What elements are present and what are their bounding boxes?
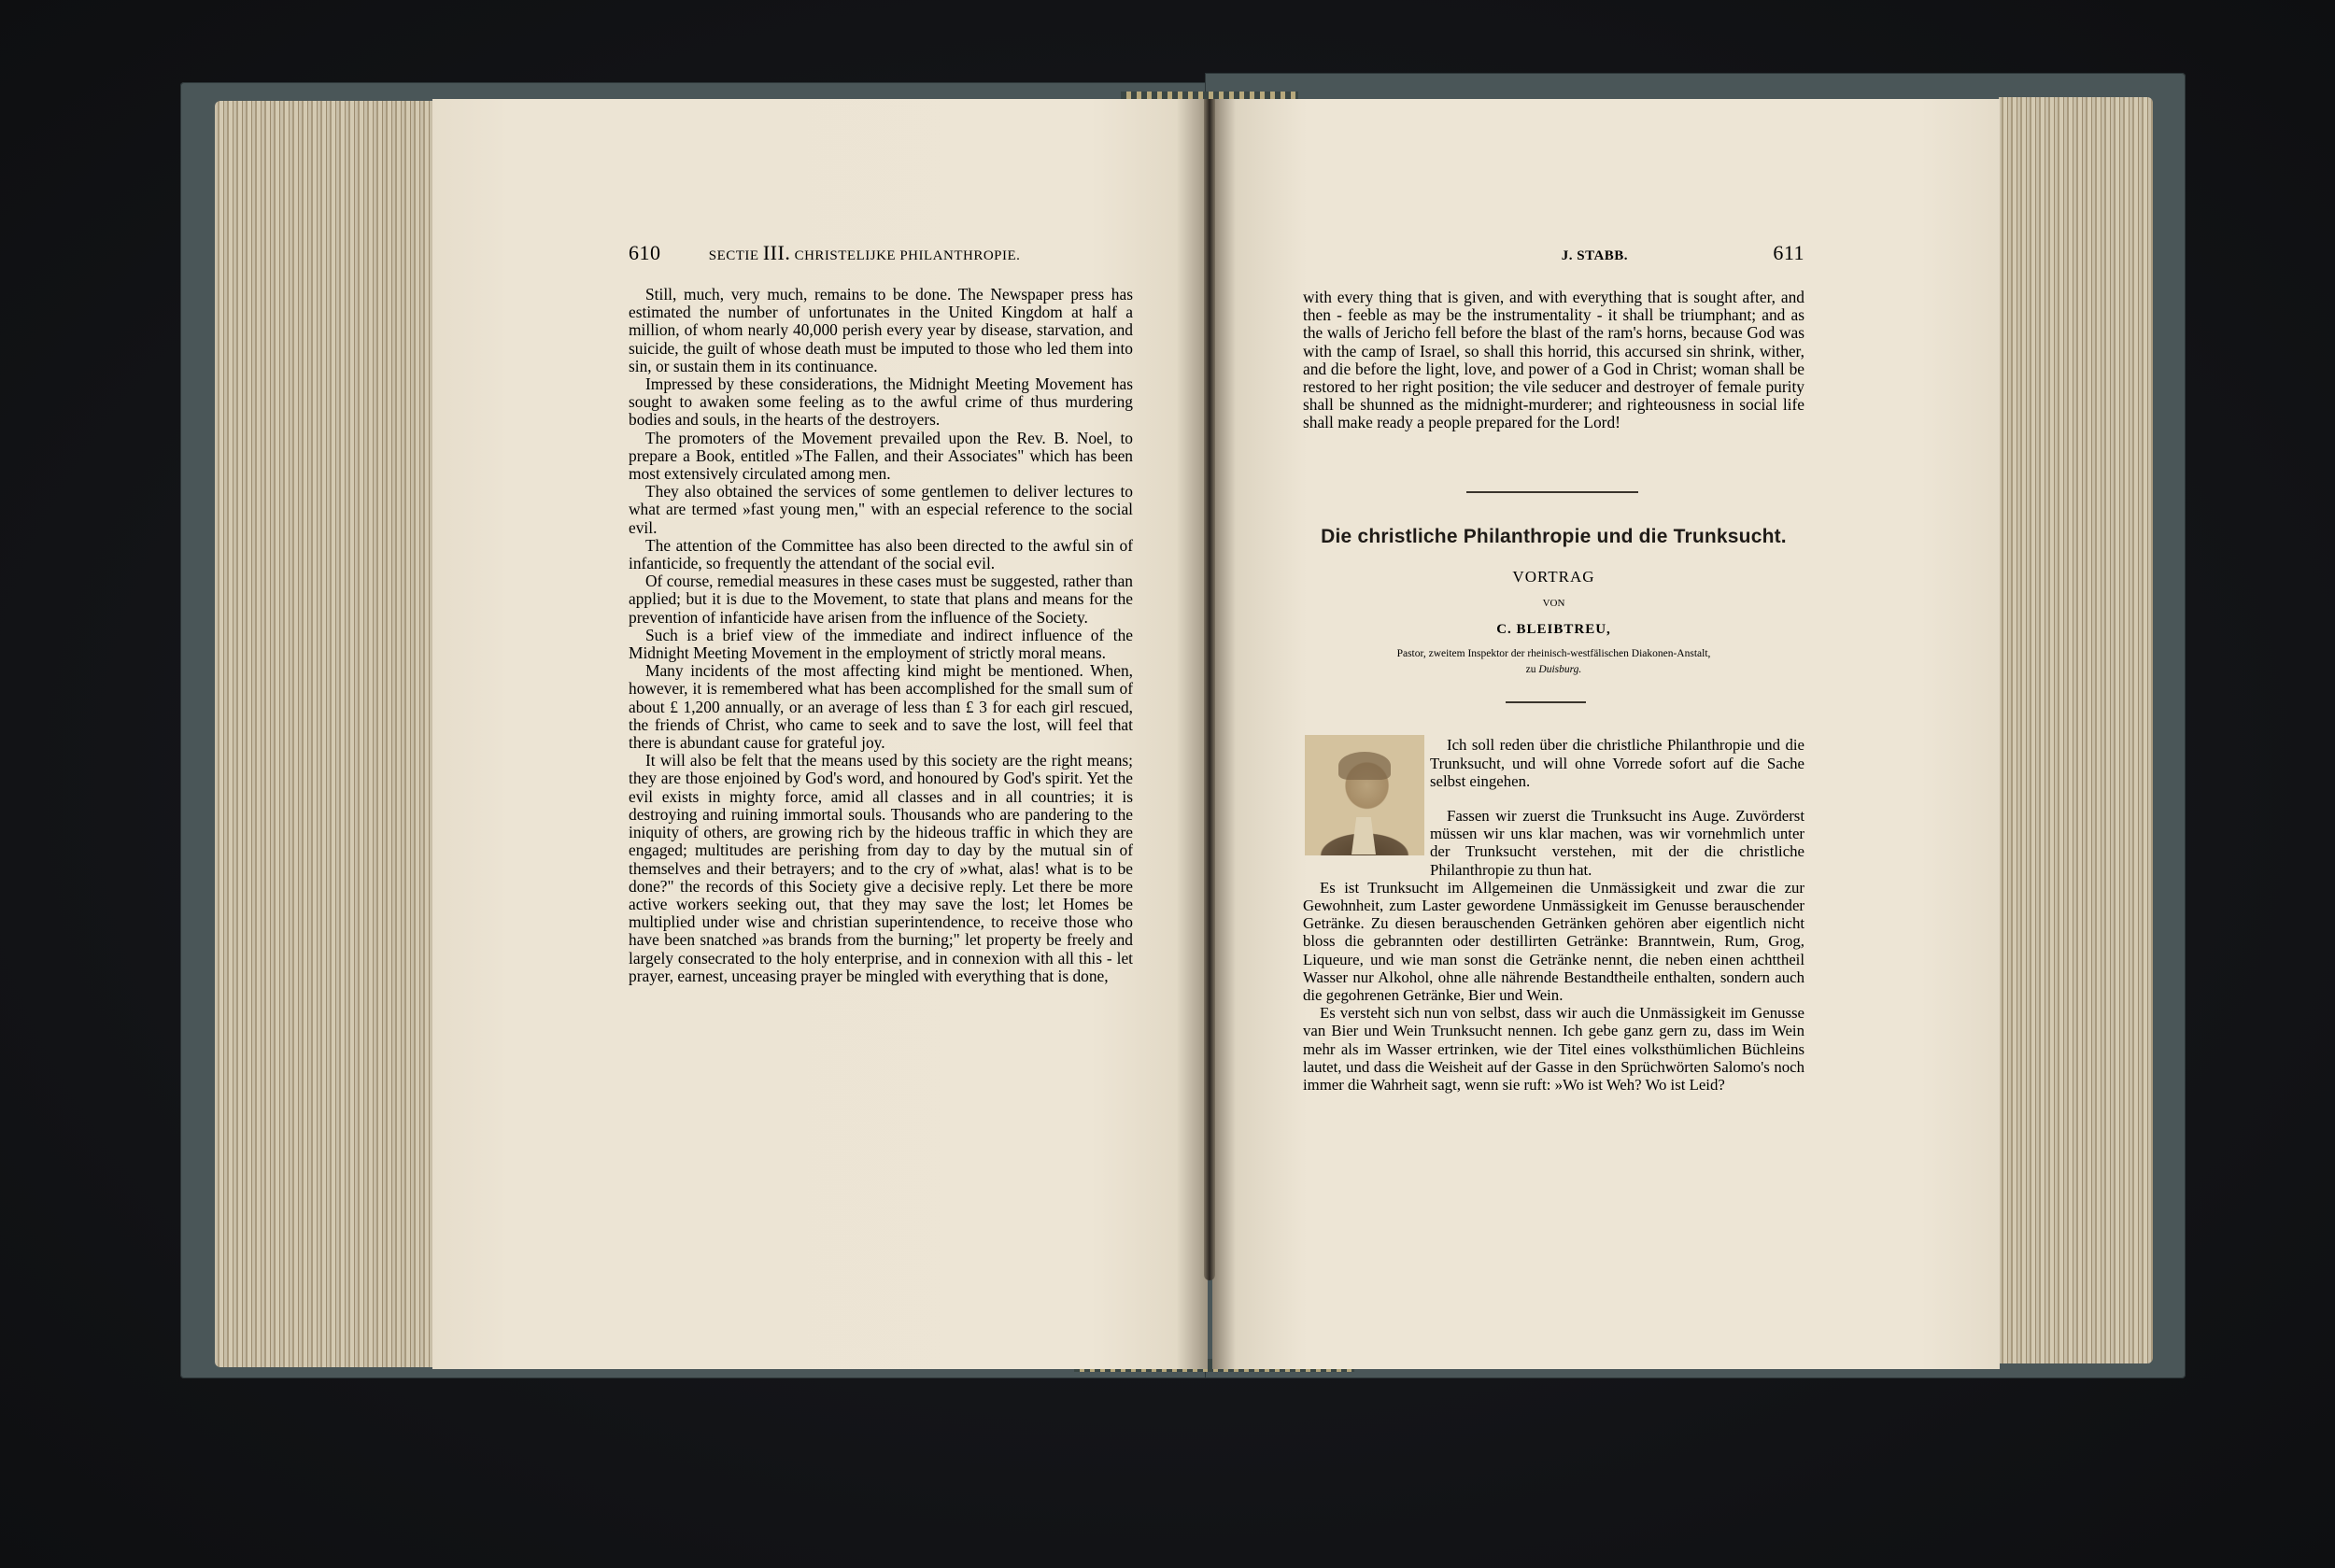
article-intro-wrap: Ich soll reden über die christliche Phil… — [1430, 736, 1804, 791]
paragraph: The promoters of the Movement prevailed … — [629, 430, 1133, 484]
article-affiliation: Pastor, zweitem Inspektor der rheinisch-… — [1303, 648, 1804, 659]
section-prefix: SECTIE — [709, 248, 763, 263]
paragraph: with every thing that is given, and with… — [1303, 289, 1804, 432]
continuation-text: with every thing that is given, and with… — [1303, 289, 1804, 432]
section-divider — [1466, 491, 1638, 493]
page-number-left: 610 — [629, 241, 661, 264]
paragraph: Such is a brief view of the immediate an… — [629, 627, 1133, 662]
paragraph: They also obtained the services of some … — [629, 483, 1133, 537]
page-block-edge-right — [1999, 97, 2153, 1363]
page-number-right: 611 — [1773, 241, 1804, 264]
author-divider — [1506, 701, 1586, 703]
article-body: Fassen wir zuerst die Trunksucht ins Aug… — [1303, 807, 1804, 1094]
article-von: VON — [1303, 598, 1804, 609]
paragraph: Fassen wir zuerst die Trunksucht ins Aug… — [1430, 807, 1804, 879]
section-title: CHRISTELIJKE PHILANTHROPIE. — [790, 248, 1020, 263]
author-running-head: J. STABB. — [1562, 248, 1628, 263]
paragraph: Many incidents of the most affecting kin… — [629, 662, 1133, 752]
paragraph: Still, much, very much, remains to be do… — [629, 286, 1133, 375]
location-prefix: zu — [1526, 664, 1539, 675]
paragraph: The attention of the Committee has also … — [629, 537, 1133, 572]
left-page-body: Still, much, very much, remains to be do… — [629, 286, 1133, 985]
left-running-head: 610 SECTIE III. CHRISTELIJKE PHILANTHROP… — [629, 241, 1133, 265]
page-block-edge-left — [215, 101, 434, 1367]
article-author: C. BLEIBTREU, — [1303, 622, 1804, 638]
section-number: III. — [763, 241, 790, 264]
article-title: Die christliche Philanthropie und die Tr… — [1303, 526, 1804, 548]
article-subtitle: VORTRAG — [1303, 568, 1804, 586]
paragraph: Of course, remedial measures in these ca… — [629, 572, 1133, 627]
portrait-hair — [1338, 752, 1391, 780]
paragraph: It will also be felt that the means used… — [629, 752, 1133, 985]
paragraph: Es versteht sich nun von selbst, dass wi… — [1303, 1004, 1804, 1094]
paragraph: Ich soll reden über die christliche Phil… — [1430, 736, 1804, 791]
paragraph: Es ist Trunksucht im Allgemeinen die Unm… — [1303, 879, 1804, 1004]
location: Duisburg. — [1538, 664, 1581, 675]
book-gutter — [1204, 99, 1215, 1280]
article-location-line: zu Duisburg. — [1303, 664, 1804, 675]
paragraph: Impressed by these considerations, the M… — [629, 375, 1133, 430]
right-running-head: J. STABB. 611 — [1303, 241, 1804, 265]
